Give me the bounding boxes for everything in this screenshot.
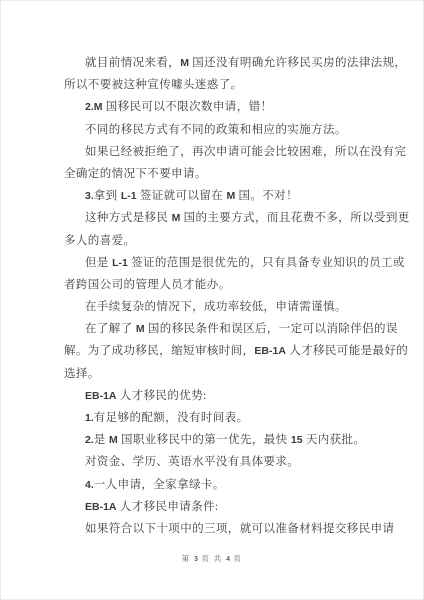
latin-text: 4 <box>226 556 230 563</box>
document-line: 如果符合以下十项中的三项，就可以准备材料提交移民申请 <box>64 518 369 540</box>
document-line: 全确定的情况下不要申请。 <box>64 163 369 185</box>
latin-text: 4. <box>85 479 94 491</box>
latin-text: M <box>172 212 181 224</box>
document-line: 4.一人申请，全家拿绿卡。 <box>64 474 369 496</box>
document-line: 在手续复杂的情况下，成功率较低，申请需谨慎。 <box>64 296 369 318</box>
latin-text: M <box>180 57 189 69</box>
document-page: 就目前情况来看，M 国还没有明确允许移民买房的法律法规，所以不要被这种宣传噱头迷… <box>0 0 424 600</box>
document-line: 但是 L-1 签证的范围是很优先的，只有具备专业知识的员工或 <box>64 252 369 274</box>
document-line: 解。为了成功移民，缩短审核时间，EB-1A 人才移民可能是最好的 <box>64 340 369 362</box>
document-line: 就目前情况来看，M 国还没有明确允许移民买房的法律法规， <box>64 52 369 74</box>
document-line: 多人的喜爱。 <box>64 230 369 252</box>
document-body: 就目前情况来看，M 国还没有明确允许移民买房的法律法规，所以不要被这种宣传噱头迷… <box>64 52 369 540</box>
latin-text: 3. <box>85 190 94 202</box>
document-viewport: 就目前情况来看，M 国还没有明确允许移民买房的法律法规，所以不要被这种宣传噱头迷… <box>0 0 424 600</box>
document-line: 3.拿到 L-1 签证就可以留在 M 国。不对！ <box>64 185 369 207</box>
latin-text: EB-1A <box>254 345 286 357</box>
latin-text: 2.M <box>85 101 103 113</box>
latin-text: L-1 <box>121 190 137 202</box>
latin-text: EB-1A <box>85 390 117 402</box>
document-line: 不同的移民方式有不同的政策和相应的实施方法。 <box>64 119 369 141</box>
latin-text: L-1 <box>112 257 128 269</box>
page-footer: 第 3 页 共 4 页 <box>1 552 423 567</box>
latin-text: 15 <box>291 434 303 446</box>
latin-text: 2. <box>85 434 94 446</box>
latin-text: EB-1A <box>85 501 117 513</box>
latin-text: M <box>136 323 145 335</box>
document-line: 2.M 国移民可以不限次数申请，错！ <box>64 96 369 118</box>
document-line: 选择。 <box>64 363 369 385</box>
document-line: 1.有足够的配额，没有时间表。 <box>64 407 369 429</box>
document-line: 如果已经被拒绝了，再次申请可能会比较困难，所以在没有完 <box>64 141 369 163</box>
document-line: 者跨国公司的管理人员才能办。 <box>64 274 369 296</box>
document-line: EB-1A 人才移民申请条件: <box>64 496 369 518</box>
latin-text: 1. <box>85 412 94 424</box>
latin-text: M <box>226 190 235 202</box>
document-line: 对资金、学历、英语水平没有具体要求。 <box>64 451 369 473</box>
latin-text: 3 <box>194 556 198 563</box>
document-line: 所以不要被这种宣传噱头迷惑了。 <box>64 74 369 96</box>
document-line: EB-1A 人才移民的优势: <box>64 385 369 407</box>
latin-text: M <box>109 434 118 446</box>
document-line: 在了解了 M 国的移民条件和误区后，一定可以消除伴侣的误 <box>64 318 369 340</box>
document-line: 这种方式是移民 M 国的主要方式，而且花费不多，所以受到更 <box>64 207 369 229</box>
document-line: 2.是 M 国职业移民中的第一优先，最快 15 天内获批。 <box>64 429 369 451</box>
